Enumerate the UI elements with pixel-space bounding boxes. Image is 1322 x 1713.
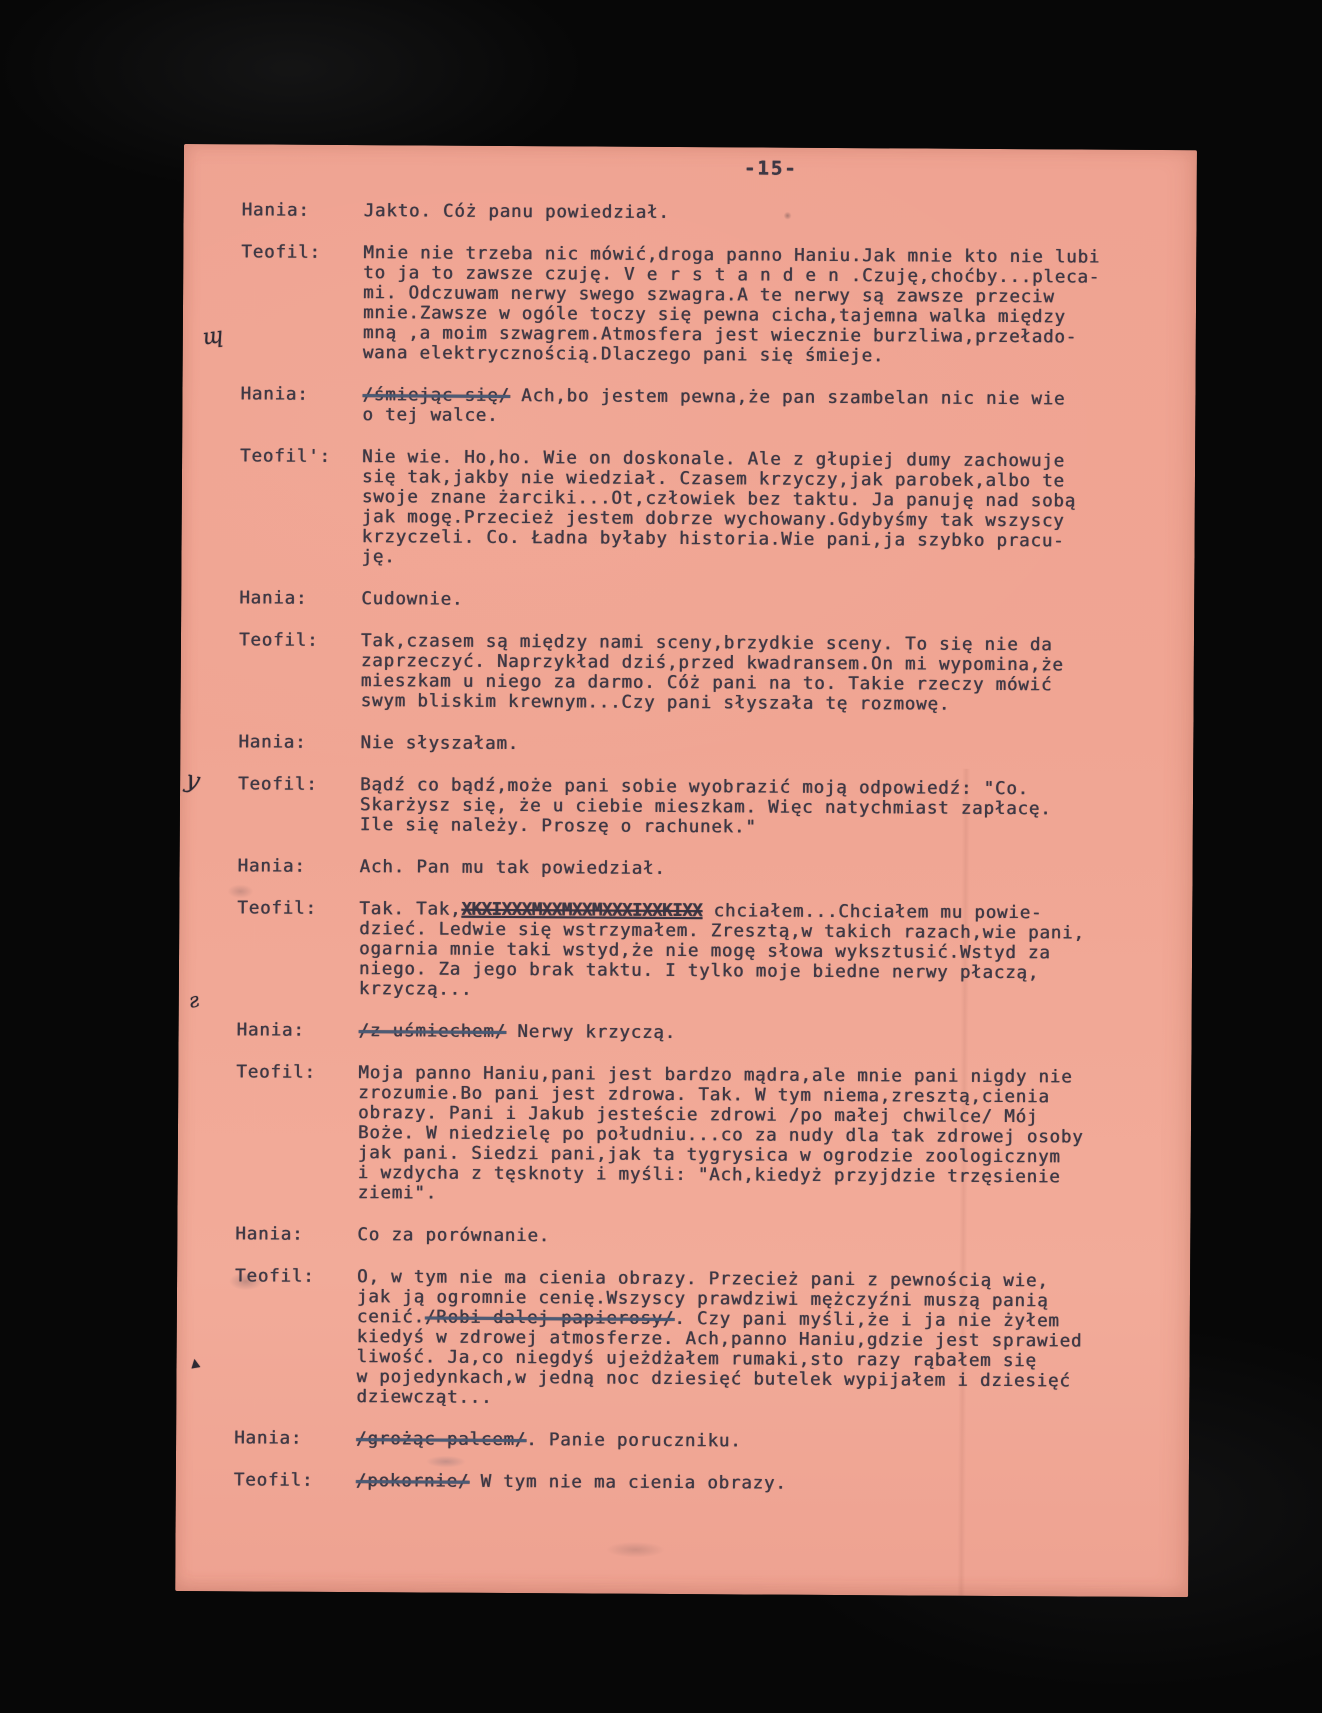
speech-segment: Nerwy krzyczą. xyxy=(506,1022,676,1043)
speech-segment: krzyczeli. Co. Ładna byłaby historia.Wie… xyxy=(362,527,1065,551)
speaker-label: Hania: xyxy=(234,1428,356,1449)
speech-line: Ach. Pan mu tak powiedział. xyxy=(360,857,1169,882)
speech-segment: dziewcząt... xyxy=(356,1387,492,1408)
speech-segment: cenić. xyxy=(357,1307,425,1327)
speech-segment: Ile się należy. Proszę o rachunek." xyxy=(360,815,757,837)
speech-line: Co za porównanie. xyxy=(357,1225,1166,1250)
speech-segment: Nie słyszałam. xyxy=(360,733,519,754)
speech-segment: Co za porównanie. xyxy=(357,1225,550,1246)
speech-text: Cudownie. xyxy=(361,589,1170,614)
speech-text: Tak. Tak,XKXIXXXMXXMXXMXXXIXXKIXX chciał… xyxy=(359,899,1169,1004)
handwritten-margin-mark: y xyxy=(183,765,202,795)
handwritten-margin-mark: ƨ xyxy=(186,987,202,1013)
struck-stage-direction: /grożąc palcem/ xyxy=(356,1429,526,1450)
speaker-label: Hania: xyxy=(242,200,364,221)
struck-stage-direction: /Robi dalej papierosy/ xyxy=(425,1307,675,1329)
speaker-label: Teofil: xyxy=(238,774,360,835)
handwritten-margin-mark: ▴ xyxy=(189,1351,201,1373)
speech-segment: . Panie poruczniku. xyxy=(526,1430,742,1451)
speech-segment: krzyczą... xyxy=(359,979,472,1000)
speech-segment: chciałem...Chciałem mu powie- xyxy=(702,901,1042,923)
speech-line: Nie słyszałam. xyxy=(360,733,1169,758)
speaker-label: Teofil': xyxy=(239,446,362,567)
typed-over-text: XKXIXXXMXXMXXMXXXIXXKIXX xyxy=(461,900,702,921)
speech-segment: ję. xyxy=(361,547,395,567)
speech-segment: ziemi". xyxy=(358,1183,437,1203)
dialogue-entry: Teofil:Tak. Tak,XKXIXXXMXXMXXMXXXIXXKIXX… xyxy=(237,898,1169,1004)
speech-segment: W tym nie ma cienia obrazy. xyxy=(469,1472,787,1494)
dialogue-entry: Teofil':Nie wie. Ho,ho. Wie on doskonale… xyxy=(239,446,1171,572)
dialogue-entry: Hania:Ach. Pan mu tak powiedział. xyxy=(238,856,1169,882)
speech-text: Moja panno Haniu,pani jest bardzo mądra,… xyxy=(358,1063,1168,1208)
speech-line: Cudownie. xyxy=(361,589,1170,614)
dialogue-entry: Hania:/grożąc palcem/. Panie poruczniku. xyxy=(234,1428,1165,1454)
speech-segment: Cudownie. xyxy=(361,589,463,610)
struck-stage-direction: /pokornie/ xyxy=(356,1471,469,1492)
dialogue-entry: Teofil:Moja panno Haniu,pani jest bardzo… xyxy=(236,1062,1168,1208)
speaker-label: Teofil: xyxy=(239,630,361,711)
dialogue-entry: Teofil:/pokornie/ W tym nie ma cienia ob… xyxy=(234,1470,1165,1496)
speaker-label: Teofil: xyxy=(234,1470,356,1491)
speech-text: Nie wie. Ho,ho. Wie on doskonale. Ale z … xyxy=(361,447,1171,572)
speech-segment: . Czy pani myśli,że i ja nie żyłem xyxy=(674,1309,1060,1331)
speech-text: /śmiejąc się/ Ach,bo jestem pewna,że pan… xyxy=(362,385,1171,430)
speech-segment: Jakto. Cóż panu powiedział. xyxy=(364,201,670,223)
dialogue-entry: Teofil:Mnie nie trzeba nic mówić,droga p… xyxy=(241,242,1173,368)
dialogue-entry: Teofil:Tak,czasem są między nami sceny,b… xyxy=(239,630,1170,716)
speaker-label: Hania: xyxy=(237,1020,359,1041)
speech-text: Ach. Pan mu tak powiedział. xyxy=(360,857,1169,882)
speaker-label: Teofil: xyxy=(237,898,360,999)
handwritten-margin-mark: ɰ xyxy=(201,323,225,351)
struck-stage-direction: /śmiejąc się/ xyxy=(362,385,509,406)
speaker-label: Teofil: xyxy=(234,1266,357,1407)
speech-segment: swym bliskim krewnym...Czy pani słyszała… xyxy=(361,691,951,715)
speaker-label: Hania: xyxy=(235,1224,357,1245)
dialogue-entry: Hania:/z uśmiechem/ Nerwy krzyczą. xyxy=(237,1020,1168,1046)
dialogue-entry: Teofil:Bądź co bądź,może pani sobie wyob… xyxy=(238,774,1169,840)
dialogue-entry: Hania:Nie słyszałam. xyxy=(238,732,1169,758)
speech-segment: o tej walce. xyxy=(362,405,498,426)
dialogue-entry: Hania:Co za porównanie. xyxy=(235,1224,1166,1250)
speech-line: Jakto. Cóż panu powiedział. xyxy=(364,201,1173,226)
dialogue-entry: Hania:/śmiejąc się/ Ach,bo jestem pewna,… xyxy=(240,384,1171,430)
speech-text: Tak,czasem są między nami sceny,brzydkie… xyxy=(361,631,1170,716)
speech-text: O, w tym nie ma cienia obrazy. Przecież … xyxy=(356,1267,1166,1412)
speech-segment: wana elektrycznością.Dlaczego pani się ś… xyxy=(363,343,885,366)
speech-line: /pokornie/ W tym nie ma cienia obrazy. xyxy=(356,1471,1165,1496)
speaker-label: Hania: xyxy=(239,588,361,609)
speech-line: /grożąc palcem/. Panie poruczniku. xyxy=(356,1429,1165,1454)
dialogue-entry: Hania:Cudownie. xyxy=(239,588,1170,614)
speech-segment: Ach. Pan mu tak powiedział. xyxy=(360,857,666,879)
dialogue: Hania:Jakto. Cóż panu powiedział.Teofil:… xyxy=(234,200,1173,1518)
dialogue-entry: Hania:Jakto. Cóż panu powiedział. xyxy=(242,200,1173,226)
speech-text: /pokornie/ W tym nie ma cienia obrazy. xyxy=(356,1471,1165,1496)
speech-text: Bądź co bądź,może pani sobie wyobrazić m… xyxy=(360,775,1169,840)
speech-segment: Tak. Tak, xyxy=(359,899,461,920)
document-page: -15- Hania:Jakto. Cóż panu powiedział.Te… xyxy=(175,144,1197,1597)
speech-text: Co za porównanie. xyxy=(357,1225,1166,1250)
speech-segment: i wzdycha z tęsknoty i myśli: "Ach,kiedy… xyxy=(358,1163,1061,1187)
speaker-label: Hania: xyxy=(238,856,360,877)
struck-stage-direction: /z uśmiechem/ xyxy=(359,1021,506,1042)
speech-text: Mnie nie trzeba nic mówić,droga panno Ha… xyxy=(363,243,1173,368)
speech-line: /z uśmiechem/ Nerwy krzyczą. xyxy=(359,1021,1168,1046)
speech-line: krzyczą... xyxy=(359,979,1168,1004)
speaker-label: Hania: xyxy=(240,384,362,425)
speech-text: /grożąc palcem/. Panie poruczniku. xyxy=(356,1429,1165,1454)
speech-text: Nie słyszałam. xyxy=(360,733,1169,758)
speaker-label: Teofil: xyxy=(241,242,364,363)
page-number: -15- xyxy=(744,157,798,179)
speech-text: /z uśmiechem/ Nerwy krzyczą. xyxy=(359,1021,1168,1046)
speaker-label: Hania: xyxy=(238,732,360,753)
speaker-label: Teofil: xyxy=(236,1062,359,1203)
dialogue-entry: Teofil:O, w tym nie ma cienia obrazy. Pr… xyxy=(234,1266,1166,1412)
speech-text: Jakto. Cóż panu powiedział. xyxy=(364,201,1173,226)
speech-segment: Ach,bo jestem pewna,że pan szambelan nic… xyxy=(510,386,1066,409)
paper-stain xyxy=(605,1542,665,1558)
